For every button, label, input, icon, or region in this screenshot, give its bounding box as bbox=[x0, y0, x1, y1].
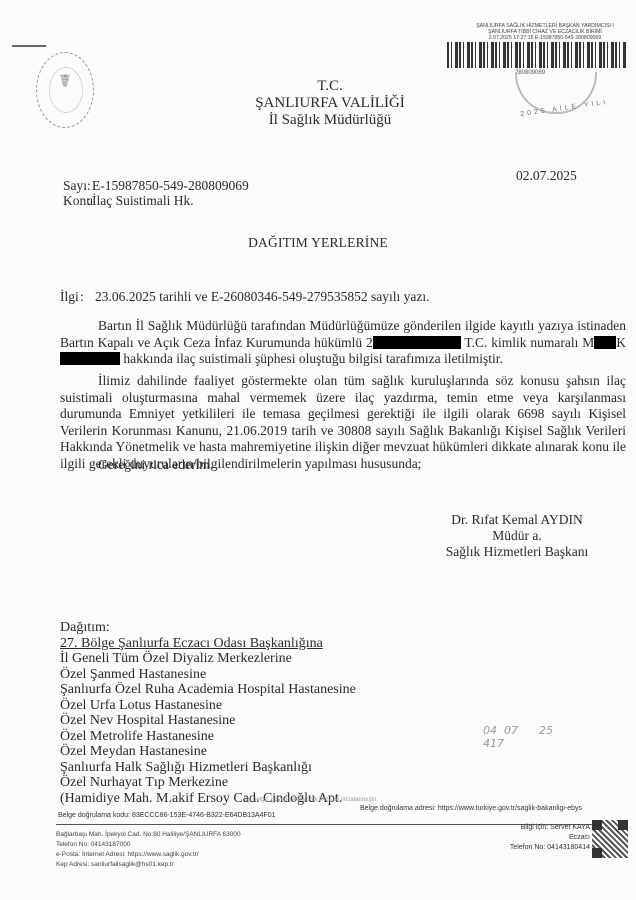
paragraph-1-part-d: hakkında ilaç suistimali şüphesi oluştuğ… bbox=[120, 351, 503, 366]
esign-note: Bu belge, güvenli elektronik imza ile im… bbox=[244, 797, 378, 803]
ilgi-colon: : bbox=[80, 289, 84, 305]
info-contact-name: Bilgi için: Servet KAYA bbox=[440, 823, 590, 833]
letterhead-line-3: İl Sağlık Müdürlüğü bbox=[190, 112, 470, 129]
verification-code: Belge doğrulama kodu: 83ECCC86-153E-4746… bbox=[58, 812, 276, 819]
info-contact: Bilgi için: Servet KAYA Eczacı Telefon N… bbox=[440, 823, 590, 853]
redaction-block bbox=[594, 336, 616, 349]
handwritten-note: 04 07 25 417 bbox=[483, 724, 553, 750]
letterhead-line-1: T.C. bbox=[190, 78, 470, 95]
paragraph-2-text: İlimiz dahilinde faaliyet göstermekte ol… bbox=[60, 373, 626, 471]
distribution-item: Özel Urfa Lotus Hastanesine bbox=[60, 698, 356, 714]
distribution-item: 27. Bölge Şanlıurfa Eczacı Odası Başkanl… bbox=[60, 636, 356, 652]
distribution-item: Özel Şanmed Hastanesine bbox=[60, 667, 356, 683]
registry-stamp: ŞANLIURFA SAĞLIK HİZMETLERİ BAŞKAN YARDI… bbox=[455, 23, 635, 41]
footer-phone: Telefon No: 04143187000 bbox=[56, 840, 241, 850]
footer-contact: Bağlarbaşı Mah. İpekyol Cad. No:80 Halil… bbox=[56, 830, 241, 870]
footer-kep: Kep Adresi: sanliurfailsaglik@hs01.kep.t… bbox=[56, 860, 241, 870]
distribution-list: Dağıtım: 27. Bölge Şanlıurfa Eczacı Odas… bbox=[60, 620, 356, 806]
info-contact-role: Eczacı bbox=[440, 833, 590, 843]
paragraph-1-part-c: K bbox=[616, 335, 626, 350]
redaction-block bbox=[373, 336, 461, 349]
document-date: 02.07.2025 bbox=[516, 168, 577, 184]
ilgi-label: İlgi bbox=[60, 289, 79, 305]
redaction-block bbox=[60, 352, 120, 365]
verification-address: Belge doğrulama adresi: https://www.turk… bbox=[360, 805, 582, 812]
paragraph-1-part-b: T.C. kimlik numaralı M bbox=[461, 335, 594, 350]
distribution-item: Özel Meydan Hastanesine bbox=[60, 744, 356, 760]
handwritten-date: 04 07 25 bbox=[483, 724, 553, 737]
letterhead: T.C. ŞANLIURFA VALİLİĞİ İl Sağlık Müdürl… bbox=[190, 78, 470, 129]
caduceus-icon: ☤ bbox=[37, 71, 93, 92]
distribution-item: Şanlıurfa Halk Sağlığı Hizmetleri Başkan… bbox=[60, 760, 356, 776]
konu-value: İlaç Suistimali Hk. bbox=[92, 192, 194, 209]
ministry-logo: ☤ bbox=[36, 52, 94, 128]
addressee-title: DAĞITIM YERLERİNE bbox=[0, 235, 636, 251]
distribution-item: Şanlıurfa Özel Ruha Academia Hospital Ha… bbox=[60, 682, 356, 698]
paragraph-1: Bartın İl Sağlık Müdürlüğü tarafından Mü… bbox=[60, 318, 626, 368]
signature-block: Dr. Rıfat Kemal AYDIN Müdür a. Sağlık Hi… bbox=[422, 512, 612, 560]
konu-colon: : bbox=[87, 192, 91, 209]
distribution-item: Özel Metrolife Hastanesine bbox=[60, 729, 356, 745]
barcode-icon bbox=[447, 42, 627, 68]
signer-name: Dr. Rıfat Kemal AYDIN bbox=[422, 512, 612, 528]
ilgi-value: 23.06.2025 tarihli ve E-26080346-549-279… bbox=[95, 289, 429, 305]
stamp-line-3: 2.07.2025 17:27:15 E-15987850-549-280809… bbox=[455, 35, 635, 41]
info-contact-phone: Telefon No: 04143180414 bbox=[440, 843, 590, 853]
qr-code-icon bbox=[592, 820, 628, 858]
paragraph-3-text: Gereğini rica ederim. bbox=[98, 457, 213, 472]
distribution-item: Özel Nev Hospital Hastanesine bbox=[60, 713, 356, 729]
distribution-item: İl Geneli Tüm Özel Diyaliz Merkezlerine bbox=[60, 651, 356, 667]
signer-title-2: Sağlık Hizmetleri Başkanı bbox=[422, 544, 612, 560]
footer-address: Bağlarbaşı Mah. İpekyol Cad. No:80 Halil… bbox=[56, 830, 241, 840]
handwritten-number: 417 bbox=[483, 737, 553, 750]
footer-email-web: e-Posta: İnternet Adresi: https://www.sa… bbox=[56, 850, 241, 860]
signer-title-1: Müdür a. bbox=[422, 528, 612, 544]
logo-underline bbox=[12, 45, 46, 47]
distribution-label: Dağıtım: bbox=[60, 620, 356, 636]
distribution-item: Özel Nurhayat Tıp Merkezine bbox=[60, 775, 356, 791]
paragraph-3: Gereğini rica ederim. bbox=[60, 457, 626, 474]
letterhead-line-2: ŞANLIURFA VALİLİĞİ bbox=[190, 95, 470, 112]
